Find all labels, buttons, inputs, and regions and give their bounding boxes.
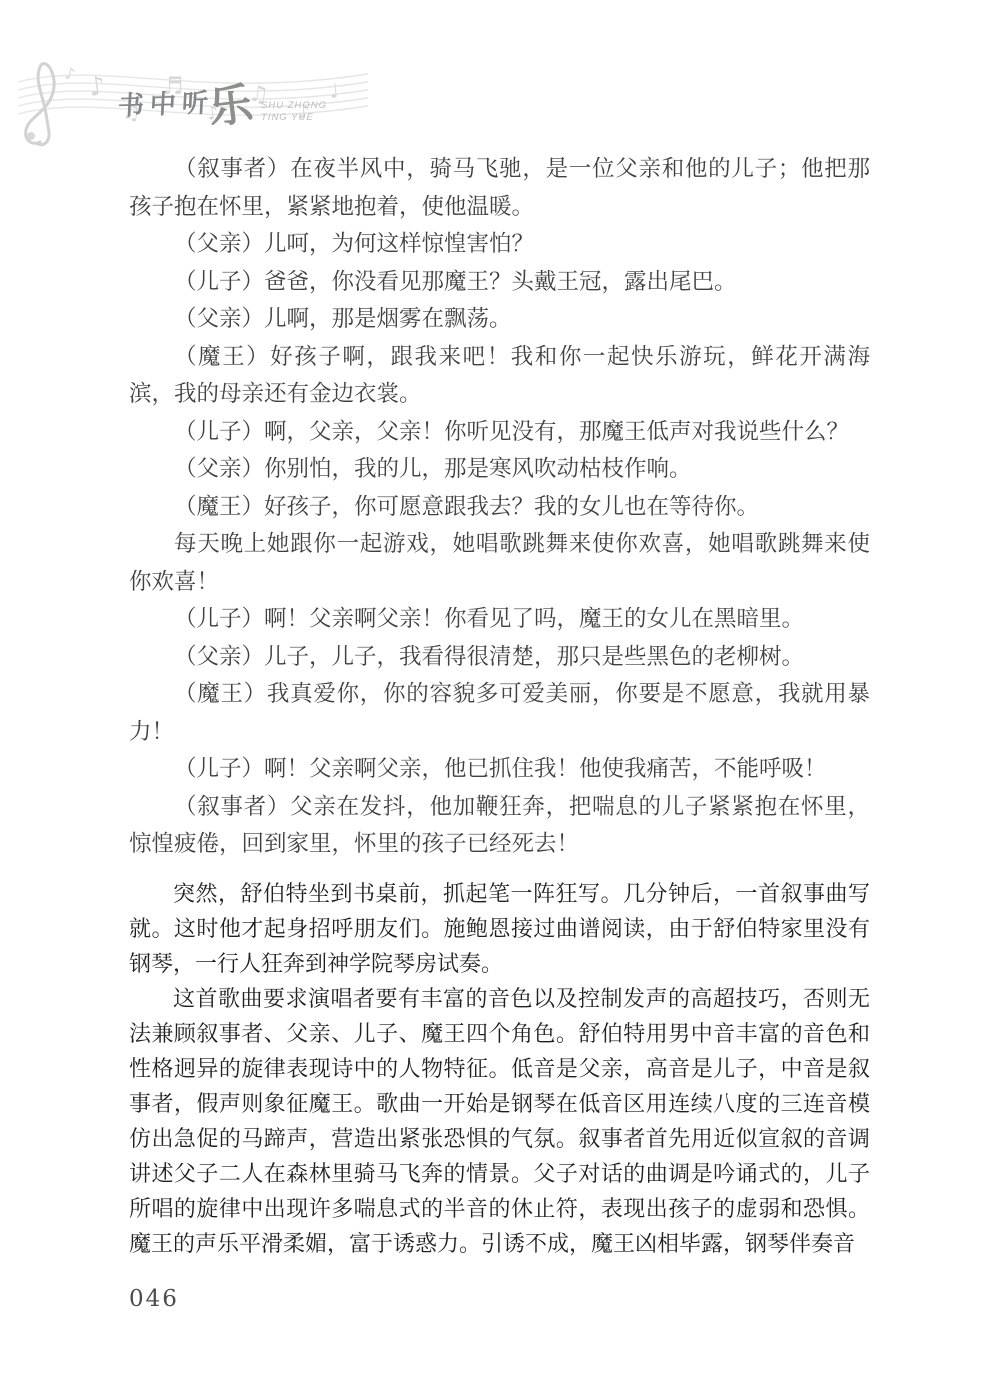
svg-text:♪: ♪ — [63, 63, 76, 83]
dialogue-line-erlking-1: （魔王）好孩子啊，跟我来吧！我和你一起快乐游玩，鲜花开满海滨，我的母亲还有金边衣… — [129, 338, 870, 413]
logo-subtitle: SHU ZHONG TING YUE — [261, 100, 327, 124]
dialogue-line-son-1: （儿子）爸爸，你没看见那魔王？头戴王冠，露出尾巴。 — [129, 263, 870, 301]
body-paragraph-2: 这首歌曲要求演唱者要有丰富的音色以及控制发声的高超技巧，否则无法兼顾叙事者、父亲… — [129, 981, 870, 1261]
dialogue-line-narrator-2: （叙事者）父亲在发抖，他加鞭狂奔，把喘息的儿子紧紧抱在怀里，惊惶疲倦，回到家里，… — [129, 788, 870, 863]
body-paragraphs-section: 突然，舒伯特坐到书桌前，抓起笔一阵狂写。几分钟后，一首叙事曲写就。这时他才起身招… — [129, 876, 870, 1261]
logo-title-accent-char: 乐 — [204, 68, 255, 137]
text-column: （叙事者）在夜半风中，骑马飞驰，是一位父亲和他的儿子；他把那孩子抱在怀里，紧紧地… — [129, 150, 870, 1261]
dialogue-line-erlking-2-cont: 每天晚上她跟你一起游戏，她唱歌跳舞来使你欢喜，她唱歌跳舞来使你欢喜！ — [129, 525, 870, 600]
ballad-dialogue-section: （叙事者）在夜半风中，骑马飞驰，是一位父亲和他的儿子；他把那孩子抱在怀里，紧紧地… — [129, 150, 870, 863]
dialogue-line-father-3: （父亲）你别怕，我的儿，那是寒风吹动枯枝作响。 — [129, 450, 870, 488]
logo-subtitle-line2: TING YUE — [261, 112, 327, 124]
body-paragraph-1: 突然，舒伯特坐到书桌前，抓起笔一阵狂写。几分钟后，一首叙事曲写就。这时他才起身招… — [129, 876, 870, 981]
clef-ball — [27, 132, 35, 140]
svg-text:♩: ♩ — [328, 78, 340, 103]
logo-title-calligraphy: 书中听 — [117, 82, 215, 122]
logo-subtitle-line1: SHU ZHONG — [261, 100, 327, 112]
dialogue-line-father-1: （父亲）儿呵，为何这样惊惶害怕？ — [129, 225, 870, 263]
dialogue-line-son-4: （儿子）啊！父亲啊父亲，他已抓住我！他使我痛苦，不能呼吸！ — [129, 750, 870, 788]
dialogue-line-son-2: （儿子）啊，父亲，父亲！你听见没有，那魔王低声对我说些什么？ — [129, 413, 870, 451]
page-number: 046 — [129, 1286, 179, 1312]
dialogue-line-narrator-1: （叙事者）在夜半风中，骑马飞驰，是一位父亲和他的儿子；他把那孩子抱在怀里，紧紧地… — [129, 150, 870, 225]
book-page: ♪ ♫ ♬ ♪ ♫ ♪ ♩ ♪ 书中听 乐 SHU ZHONG TING YUE… — [0, 0, 998, 1395]
dialogue-line-son-3: （儿子）啊！父亲啊父亲！你看见了吗，魔王的女儿在黑暗里。 — [129, 600, 870, 638]
dialogue-line-father-2: （父亲）儿啊，那是烟雾在飘荡。 — [129, 300, 870, 338]
logo: ♪ ♫ ♬ ♪ ♫ ♪ ♩ ♪ 书中听 乐 SHU ZHONG TING YUE — [0, 0, 420, 160]
dialogue-line-erlking-2: （魔王）好孩子，你可愿意跟我去？我的女儿也在等待你。 — [129, 488, 870, 526]
dialogue-line-erlking-3: （魔王）我真爱你，你的容貌多可爱美丽，你要是不愿意，我就用暴力！ — [129, 675, 870, 750]
dialogue-line-father-4: （父亲）儿子，儿子，我看得很清楚，那只是些黑色的老柳树。 — [129, 638, 870, 676]
